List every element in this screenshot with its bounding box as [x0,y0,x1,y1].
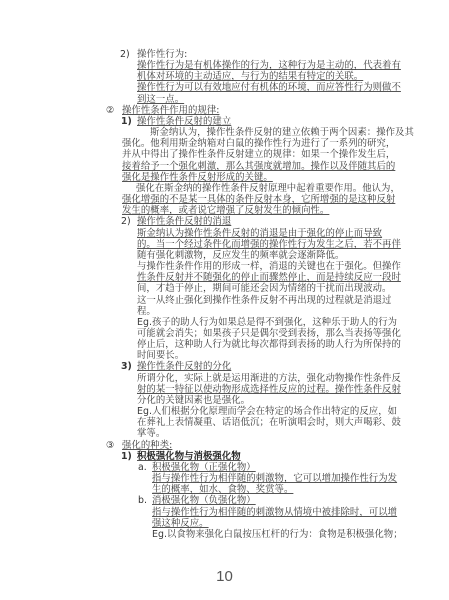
item-heading: 积极强化物（正强化物） [152,462,256,473]
example-line: 时间要长。 [137,350,184,361]
paragraph-line: 的。当一个经过条件化而增强的操作性行为发生之后，若不再伴 [137,239,401,250]
section-heading: 操作性条件作用的规律: [122,105,219,116]
paragraph-line: 发生的概率，或者说它增强了反射发生的倾向性。 [122,205,329,216]
page-number: 10 [0,568,449,585]
paragraph-line: 生的概率，如水、食物、奖赏等。 [152,484,293,495]
subsection-heading: 操作性条件反射的建立 [137,116,231,127]
paragraph-line: 这一从终止强化到操作性条件反射不再出现的过程就是消退过 [137,295,391,306]
paragraph-line: 并从中得出了操作性条件反射建立的规律：如果一个操作发生后， [122,149,395,160]
paragraph-line: 到这一点。 [137,94,184,105]
paragraph-line: 与操作性条件作用的形成一样，消退的关键也在于强化。但操作 [137,261,401,272]
example-line: Eg.以食物来强化白鼠按压杠杆的行为：食物是积极强化物； [152,529,403,540]
subsection-heading: 积极强化物与消极强化物 [137,451,241,462]
paragraph-line: 间，才趋于停止，期间可能还会因为情绪的干扰而出现波动。 [137,283,391,294]
list-marker: 3) [121,361,132,372]
paragraph-line: 机体对环境的主动适应，与行为的结果有特定的关联。 [137,71,363,82]
section-heading: 操作性行为: [137,49,187,60]
list-marker: 2) [120,49,130,60]
list-marker: 1) [121,451,132,462]
paragraph-line: 强化。他利用斯金纳箱对白鼠的操作性行为进行了一系列的研究， [122,138,395,149]
list-marker: 2) [121,216,131,227]
item-heading: 消极强化物（负强化物） [152,495,256,506]
section-heading: 强化的种类: [122,440,172,451]
paragraph-line: 操作性行为可以有效地应付有机体的环境，而应答性行为则做不 [137,82,401,93]
example-line: 在葬礼上表情凝重、话语低沉；在听演唱会时，则大声喝彩、鼓 [137,417,401,428]
list-marker: ③ [106,440,114,451]
paragraph-line: 性条件反射并不随强化的停止而骤然停止，而是持续反应一段时 [137,272,401,283]
list-marker: 1) [121,116,132,127]
subsection-heading: 操作性条件反射的分化 [137,361,231,372]
example-line: 可能就会消失；如果孩子只是偶尔受到表扬，那么当表扬等强化 [137,328,401,339]
paragraph-line: 随有强化刺激物，反应发生的频率就会逐渐降低。 [137,250,344,261]
example-line: Eg.孩子的助人行为如果总是得不到强化，这种乐于助人的行为 [137,317,397,328]
paragraph-line: 斯金纳认为，操作性条件反射的建立依赖于两个因素：操作及其 [150,127,414,138]
paragraph-line: 强化增强的不是某一具体的条件反射本身，它所增强的是这种反射 [122,194,395,205]
list-marker: b. [138,495,147,506]
paragraph-line: 强化是操作性条件反射形成的关键。 [122,172,273,183]
paragraph-line: 强化在斯金纳的操作性条件反射原理中起着重要作用。他认为， [136,183,400,194]
paragraph-line: 所谓分化，实际上就是运用渐进的方法，强化动物操作性条件反 [137,373,401,384]
paragraph-line: 强这种反应。 [152,518,209,529]
list-marker: ② [106,105,114,116]
paragraph-line: 射的某一特征以使动物形成选择性反应的过程。操作性条件反射 [137,384,401,395]
paragraph-line: 指与操作性行为相伴随的刺激物从情境中被排除时，可以增 [152,507,397,518]
list-marker: a. [138,462,147,473]
paragraph-line: 程。 [137,306,156,317]
paragraph-line: 接着给予一个强化刺激，那么其强度就增加。操作以及伴随其后的 [122,161,395,172]
paragraph-line: 斯金纳认为操作性条件反射的消退是由于强化的停止而导致 [137,228,382,239]
subsection-heading: 操作性条件反射的消退 [137,216,231,227]
example-line: 掌等。 [137,428,165,439]
example-line: 停止后，这种助人行为就比每次都得到表扬的助人行为所保持的 [137,339,401,350]
paragraph-line: 分化的关键因素也是强化。 [137,395,250,406]
example-line: Eg.人们根据分化原理而学会在特定的场合作出特定的反应，如 [137,406,397,417]
paragraph-line: 操作性行为是有机体操作的行为，这种行为是主动的，代表着有 [137,60,401,71]
paragraph-line: 指与操作性行为相伴随的刺激物，它可以增加操作性行为发 [152,473,397,484]
